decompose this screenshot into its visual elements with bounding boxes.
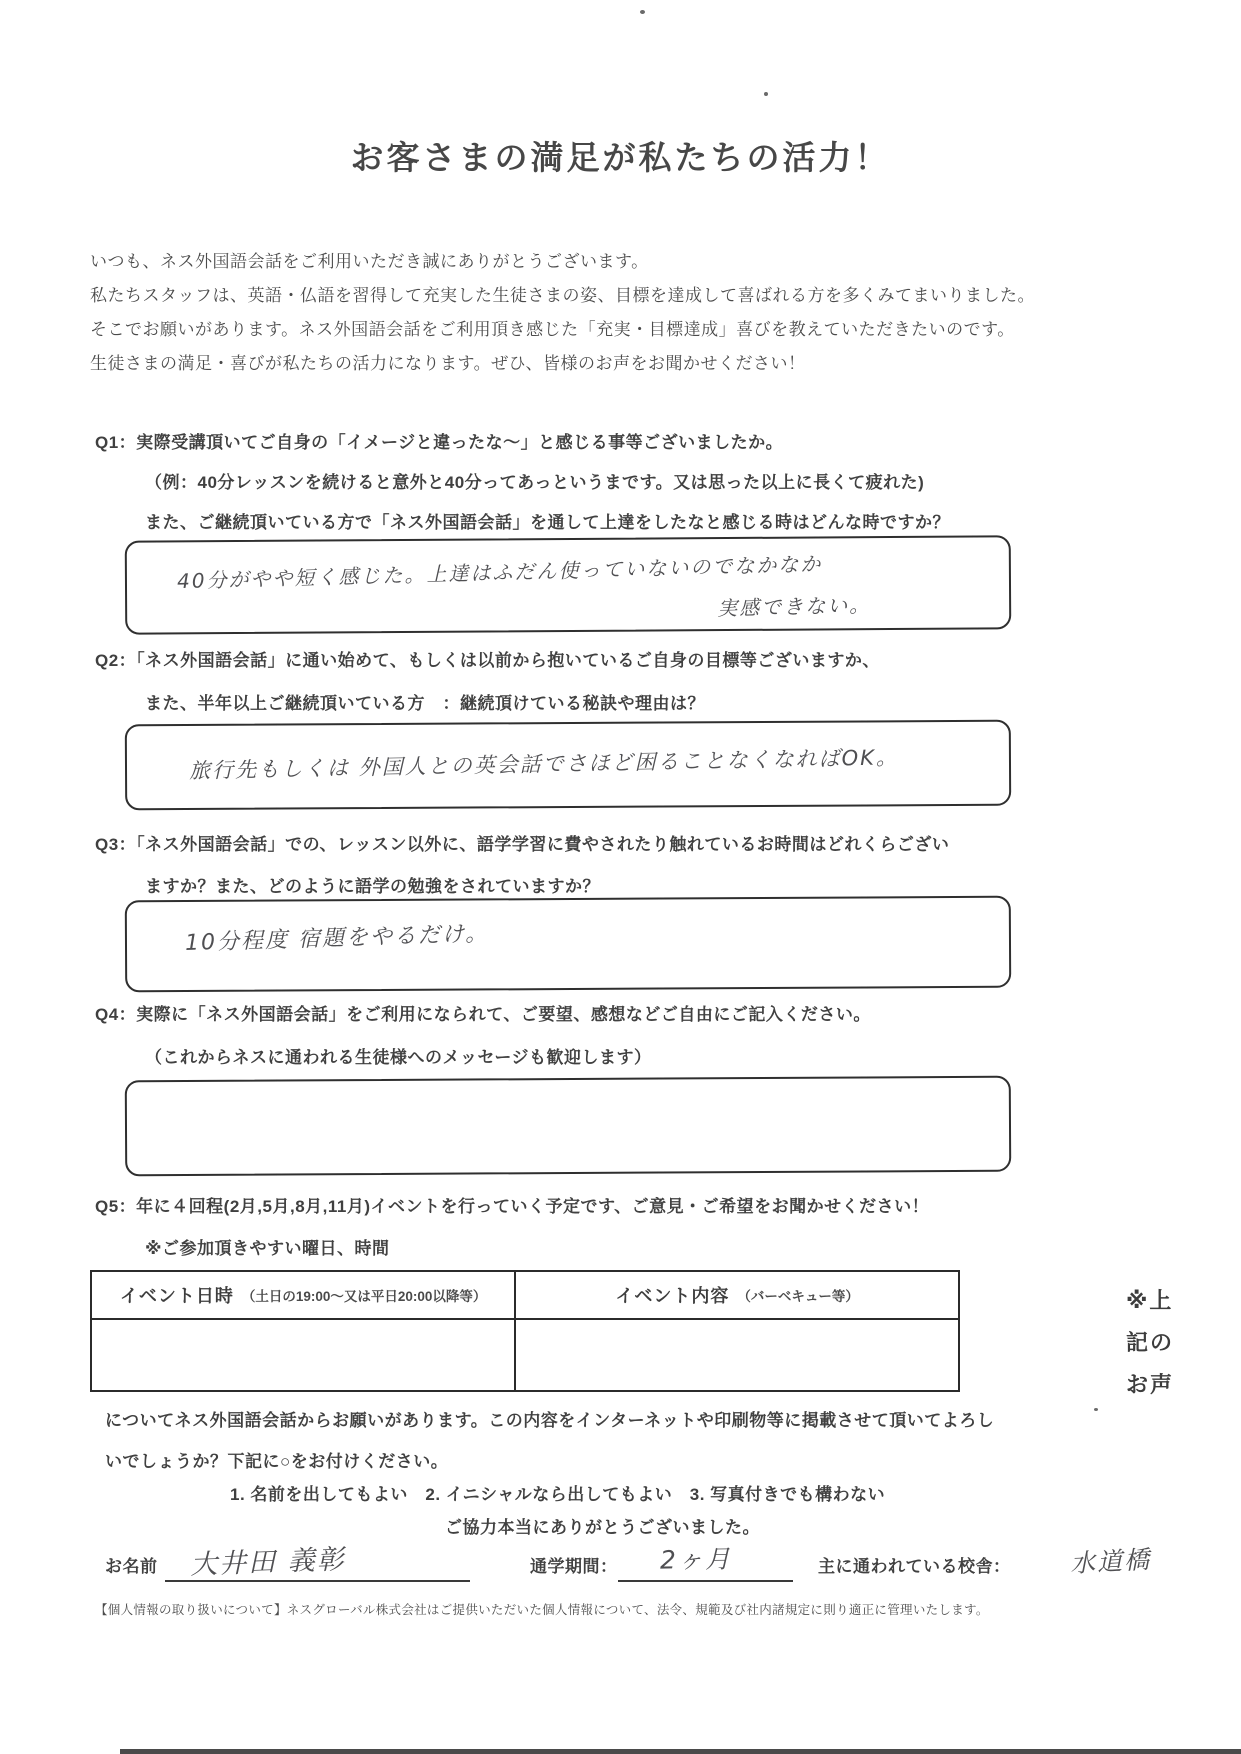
event-table-header-content: イベント内容 （バーベキュー等） — [516, 1272, 958, 1318]
side-note-line: 記の — [1126, 1322, 1174, 1364]
scan-speck — [764, 92, 768, 96]
side-note-line: お声 — [1126, 1364, 1174, 1406]
period-handwritten-value: 2ヶ月 — [660, 1539, 733, 1576]
q1-handwritten-answer-line1: 40分がやや短く感じた。上達はふだん使っていないのでなかなか — [177, 548, 823, 594]
q3-continuation-line: ますか？また、どのように語学の勉強をされていますか？ — [145, 872, 949, 897]
q3-answer-box: 10分程度 宿題をやるだけ。 — [125, 896, 1011, 993]
event-content-cell — [516, 1320, 958, 1390]
q3-heading: Q3：「ネス外国語会話」での、レッスン以外に、語学学習に費やされたり触れているお… — [95, 830, 949, 855]
consent-options: 1. 名前を出してもよい 2. イニシャルなら出してもよい 3. 写真付きでも構… — [230, 1480, 885, 1505]
q5-note-line: ※ご参加頂きやすい曜日、時間 — [145, 1234, 929, 1259]
intro-line: 生徒さまの満足・喜びが私たちの活力になります。ぜひ、皆様のお声をお聞かせください… — [90, 347, 1035, 381]
intro-line: 私たちスタッフは、英語・仏語を習得して充実した生徒さまの姿、目標を達成して喜ばれ… — [90, 279, 1035, 313]
consent-paragraph: についてネス外国語会話からお願いがあります。この内容をインターネットや印刷物等に… — [105, 1406, 994, 1472]
q2-handwritten-answer: 旅行先もしくは 外国人との英会話でさほど困ることなくなればOK。 — [189, 741, 899, 785]
event-table: イベント日時 （土日の19:00～又は平日20:00以降等） イベント内容 （バ… — [90, 1270, 960, 1392]
event-table-header-row: イベント日時 （土日の19:00～又は平日20:00以降等） イベント内容 （バ… — [92, 1272, 958, 1320]
q1-answer-box: 40分がやや短く感じた。上達はふだん使っていないのでなかなか 実感できない。 — [125, 535, 1012, 634]
thanks-line: ご協力本当にありがとうございました。 — [445, 1513, 760, 1538]
question-q5: Q5：年に４回程(2月,5月,8月,11月)イベントを行っていく予定です、ご意見… — [95, 1192, 929, 1259]
q1-heading: Q1：実際受講頂いてご自身の「イメージと違ったな～」と感じる事等ございましたか。 — [95, 428, 950, 453]
event-table-header-datetime: イベント日時 （土日の19:00～又は平日20:00以降等） — [92, 1272, 516, 1318]
q2-answer-box: 旅行先もしくは 外国人との英会話でさほど困ることなくなればOK。 — [125, 720, 1011, 811]
q5-heading: Q5：年に４回程(2月,5月,8月,11月)イベントを行っていく予定です、ご意見… — [95, 1192, 929, 1217]
scan-edge-artifact — [120, 1749, 1241, 1754]
q4-answer-box — [125, 1076, 1011, 1177]
side-note-vertical: ※上 記の お声 — [1126, 1280, 1174, 1406]
intro-line: いつも、ネス外国語会話をご利用いただき誠にありがとうございます。 — [90, 245, 1035, 279]
consent-line: いでしょうか？下記に○をお付けください。 — [105, 1447, 994, 1472]
school-handwritten-value: 水道橋 — [1069, 1540, 1152, 1580]
name-label: お名前 — [105, 1552, 158, 1577]
event-content-title: イベント内容 — [615, 1282, 729, 1308]
scan-speck — [640, 10, 645, 14]
side-note-line: ※上 — [1126, 1280, 1174, 1322]
q3-handwritten-answer: 10分程度 宿題をやるだけ。 — [185, 916, 490, 957]
page-title: お客さまの満足が私たちの活力！ — [0, 132, 1241, 179]
scanned-survey-form: お客さまの満足が私たちの活力！ いつも、ネス外国語会話をご利用いただき誠にありが… — [0, 0, 1241, 1754]
event-datetime-note: （土日の19:00～又は平日20:00以降等） — [242, 1285, 487, 1305]
period-underline — [618, 1580, 793, 1582]
q1-handwritten-answer-line2: 実感できない。 — [717, 589, 872, 622]
q4-continuation-line: （これからネスに通われる生徒様へのメッセージも歓迎します） — [145, 1043, 871, 1068]
scan-speck — [1094, 1408, 1098, 1411]
q1-example-line: （例：40分レッスンを続けると意外と40分ってあっというまです。又は思った以上に… — [145, 468, 950, 493]
event-datetime-cell — [92, 1320, 516, 1390]
privacy-fineprint: 【個人情報の取り扱いについて】ネスグローバル株式会社はご提供いただいた個人情報に… — [95, 1600, 989, 1618]
intro-paragraph: いつも、ネス外国語会話をご利用いただき誠にありがとうございます。 私たちスタッフ… — [90, 245, 1035, 381]
event-content-note: （バーベキュー等） — [737, 1285, 859, 1305]
name-handwritten-value: 大井田 義彰 — [189, 1537, 346, 1581]
q4-heading: Q4：実際に「ネス外国語会話」をご利用になられて、ご要望、感想などご自由にご記入… — [95, 1000, 871, 1025]
q2-heading: Q2：「ネス外国語会話」に通い始めて、もしくは以前から抱いているご自身の目標等ご… — [95, 646, 880, 671]
intro-line: そこでお願いがあります。ネス外国語会話をご利用頂き感じた「充実・目標達成」喜びを… — [90, 313, 1035, 347]
question-q1: Q1：実際受講頂いてご自身の「イメージと違ったな～」と感じる事等ございましたか。… — [95, 428, 950, 533]
question-q2: Q2：「ネス外国語会話」に通い始めて、もしくは以前から抱いているご自身の目標等ご… — [95, 646, 880, 714]
q1-continuation-line: また、ご継続頂いている方で「ネス外国語会話」を通して上達をしたなと感じる時はどん… — [145, 508, 950, 533]
consent-line: についてネス外国語会話からお願いがあります。この内容をインターネットや印刷物等に… — [105, 1406, 994, 1431]
question-q4: Q4：実際に「ネス外国語会話」をご利用になられて、ご要望、感想などご自由にご記入… — [95, 1000, 871, 1068]
question-q3: Q3：「ネス外国語会話」での、レッスン以外に、語学学習に費やされたり触れているお… — [95, 830, 949, 897]
event-datetime-title: イベント日時 — [120, 1282, 234, 1308]
period-label: 通学期間： — [530, 1552, 618, 1577]
q2-continuation-line: また、半年以上ご継続頂いている方 ：継続頂けている秘訣や理由は？ — [145, 689, 880, 714]
event-table-empty-row — [92, 1320, 958, 1390]
school-label: 主に通われている校舎： — [818, 1552, 1011, 1577]
